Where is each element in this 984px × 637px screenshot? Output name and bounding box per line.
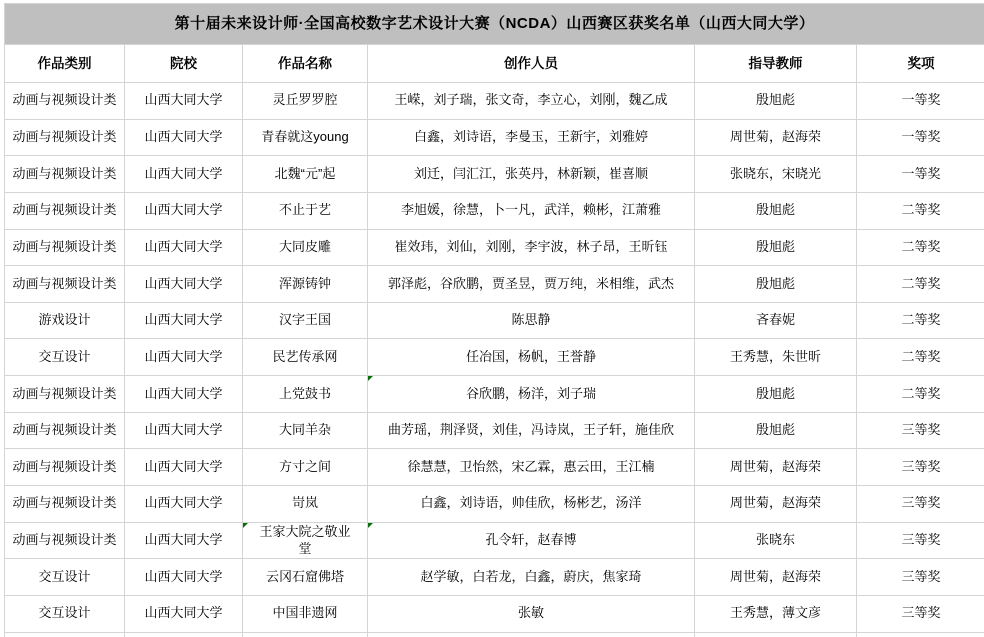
cell-creators[interactable]: 白鑫，刘诗语，帅佳欣，杨彬艺，汤洋 bbox=[368, 486, 695, 523]
cell-work[interactable]: 方寸之间 bbox=[243, 449, 368, 486]
cell-note-indicator bbox=[243, 523, 248, 528]
cell-advisors[interactable]: 殷旭彪 bbox=[695, 230, 857, 267]
cell-creators[interactable]: 王嵘，刘子瑞，张文奇，李立心，刘刚，魏乙成 bbox=[368, 83, 695, 120]
cell-category[interactable]: 游戏设计 bbox=[5, 303, 125, 340]
cell-category[interactable]: 动画与视频设计类 bbox=[5, 120, 125, 157]
cell-work[interactable]: 上党鼓书 bbox=[243, 376, 368, 413]
cell-advisors[interactable]: 张晓东 bbox=[695, 523, 857, 560]
column-header-award[interactable]: 奖项 bbox=[857, 45, 984, 83]
cell-award[interactable]: 三等奖 bbox=[857, 413, 984, 450]
cell-note-indicator bbox=[368, 376, 373, 381]
cell-work[interactable]: 大同皮雕 bbox=[243, 230, 368, 267]
cell-award[interactable]: 三等奖 bbox=[857, 523, 984, 560]
cell-award[interactable]: 二等奖 bbox=[857, 193, 984, 230]
cell-creators[interactable]: 曲芳瑶，荆泽贤，刘佳，冯诗岚，王子轩，施佳欣 bbox=[368, 413, 695, 450]
cell-category[interactable]: 动画与视频设计类 bbox=[5, 413, 125, 450]
cell-school[interactable]: 山西大同大学 bbox=[125, 523, 243, 560]
partial-row-spacer bbox=[125, 633, 243, 637]
cell-award[interactable]: 一等奖 bbox=[857, 120, 984, 157]
cell-work[interactable]: 不止于艺 bbox=[243, 193, 368, 230]
cell-work[interactable]: 汉字王国 bbox=[243, 303, 368, 340]
cell-work[interactable]: 青春就这young bbox=[243, 120, 368, 157]
cell-creators[interactable]: 谷欣鹏，杨洋，刘子瑞 bbox=[368, 376, 695, 413]
cell-work[interactable]: 灵丘罗罗腔 bbox=[243, 83, 368, 120]
cell-advisors[interactable]: 周世菊，赵海荣 bbox=[695, 559, 857, 596]
cell-school[interactable]: 山西大同大学 bbox=[125, 376, 243, 413]
cell-category[interactable]: 动画与视频设计类 bbox=[5, 449, 125, 486]
cell-school[interactable]: 山西大同大学 bbox=[125, 339, 243, 376]
cell-work[interactable]: 云冈石窟佛塔 bbox=[243, 559, 368, 596]
cell-school[interactable]: 山西大同大学 bbox=[125, 413, 243, 450]
cell-creators[interactable]: 刘迁，闫汇江，张英丹，林新颖，崔喜顺 bbox=[368, 156, 695, 193]
partial-row-spacer bbox=[5, 633, 125, 637]
cell-award[interactable]: 二等奖 bbox=[857, 266, 984, 303]
cell-school[interactable]: 山西大同大学 bbox=[125, 559, 243, 596]
cell-work[interactable]: 大同羊杂 bbox=[243, 413, 368, 450]
award-table: 第十届未来设计师·全国高校数字艺术设计大赛（NCDA）山西赛区获奖名单（山西大同… bbox=[4, 3, 984, 637]
cell-award[interactable]: 二等奖 bbox=[857, 230, 984, 267]
cell-award[interactable]: 二等奖 bbox=[857, 339, 984, 376]
cell-category[interactable]: 动画与视频设计类 bbox=[5, 376, 125, 413]
cell-advisors[interactable]: 张晓东，宋晓光 bbox=[695, 156, 857, 193]
cell-category[interactable]: 动画与视频设计类 bbox=[5, 193, 125, 230]
cell-advisors[interactable]: 王秀慧，朱世昕 bbox=[695, 339, 857, 376]
cell-school[interactable]: 山西大同大学 bbox=[125, 83, 243, 120]
cell-advisors[interactable]: 殷旭彪 bbox=[695, 413, 857, 450]
column-header-advisors[interactable]: 指导教师 bbox=[695, 45, 857, 83]
spreadsheet: 第十届未来设计师·全国高校数字艺术设计大赛（NCDA）山西赛区获奖名单（山西大同… bbox=[0, 0, 984, 637]
column-header-category[interactable]: 作品类别 bbox=[5, 45, 125, 83]
cell-advisors[interactable]: 殷旭彪 bbox=[695, 266, 857, 303]
cell-school[interactable]: 山西大同大学 bbox=[125, 596, 243, 633]
partial-row-spacer bbox=[695, 633, 857, 637]
cell-creators[interactable]: 陈思静 bbox=[368, 303, 695, 340]
cell-award[interactable]: 二等奖 bbox=[857, 303, 984, 340]
cell-creators[interactable]: 徐慧慧，卫怡然，宋乙霖，惠云田，王江楠 bbox=[368, 449, 695, 486]
column-header-work[interactable]: 作品名称 bbox=[243, 45, 368, 83]
cell-creators[interactable]: 李旭媛，徐慧，卜一凡，武洋，赖彬，江萧雅 bbox=[368, 193, 695, 230]
partial-row-spacer bbox=[857, 633, 984, 637]
cell-award[interactable]: 一等奖 bbox=[857, 156, 984, 193]
cell-award[interactable]: 三等奖 bbox=[857, 559, 984, 596]
cell-award[interactable]: 三等奖 bbox=[857, 596, 984, 633]
cell-advisors[interactable]: 殷旭彪 bbox=[695, 193, 857, 230]
partial-row-spacer bbox=[243, 633, 368, 637]
cell-school[interactable]: 山西大同大学 bbox=[125, 120, 243, 157]
cell-category[interactable]: 动画与视频设计类 bbox=[5, 523, 125, 560]
partial-row-spacer bbox=[368, 633, 695, 637]
column-header-school[interactable]: 院校 bbox=[125, 45, 243, 83]
column-header-creators[interactable]: 创作人员 bbox=[368, 45, 695, 83]
cell-work[interactable]: 王家大院之敬业堂 bbox=[243, 523, 368, 560]
cell-advisors[interactable]: 殷旭彪 bbox=[695, 376, 857, 413]
cell-creators[interactable]: 张敏 bbox=[368, 596, 695, 633]
cell-work[interactable]: 民艺传承网 bbox=[243, 339, 368, 376]
cell-work[interactable]: 岢岚 bbox=[243, 486, 368, 523]
cell-school[interactable]: 山西大同大学 bbox=[125, 230, 243, 267]
cell-category[interactable]: 交互设计 bbox=[5, 339, 125, 376]
cell-school[interactable]: 山西大同大学 bbox=[125, 486, 243, 523]
cell-school[interactable]: 山西大同大学 bbox=[125, 303, 243, 340]
cell-creators[interactable]: 孔令轩，赵春博 bbox=[368, 523, 695, 560]
cell-category[interactable]: 动画与视频设计类 bbox=[5, 156, 125, 193]
cell-award[interactable]: 一等奖 bbox=[857, 83, 984, 120]
cell-advisors[interactable]: 周世菊，赵海荣 bbox=[695, 120, 857, 157]
cell-creators[interactable]: 白鑫，刘诗语，李曼玉，王新宇，刘雅婷 bbox=[368, 120, 695, 157]
cell-creators[interactable]: 崔效玮，刘仙，刘刚，李宇波，林子昂，王昕钰 bbox=[368, 230, 695, 267]
cell-advisors[interactable]: 吝春妮 bbox=[695, 303, 857, 340]
cell-category[interactable]: 动画与视频设计类 bbox=[5, 83, 125, 120]
table-title[interactable]: 第十届未来设计师·全国高校数字艺术设计大赛（NCDA）山西赛区获奖名单（山西大同… bbox=[5, 4, 984, 45]
cell-award[interactable]: 三等奖 bbox=[857, 449, 984, 486]
cell-award[interactable]: 三等奖 bbox=[857, 486, 984, 523]
cell-creators[interactable]: 赵学敏，白若龙，白鑫，蔚庆，焦家琦 bbox=[368, 559, 695, 596]
cell-creators[interactable]: 任冶国，杨帆，王誉静 bbox=[368, 339, 695, 376]
cell-creators[interactable]: 郭泽彪，谷欣鹏，贾圣昱，贾万纯，米相维，武杰 bbox=[368, 266, 695, 303]
cell-note-indicator bbox=[368, 523, 373, 528]
cell-school[interactable]: 山西大同大学 bbox=[125, 156, 243, 193]
cell-advisors[interactable]: 殷旭彪 bbox=[695, 83, 857, 120]
cell-category[interactable]: 动画与视频设计类 bbox=[5, 486, 125, 523]
cell-advisors[interactable]: 王秀慧，薄文彦 bbox=[695, 596, 857, 633]
cell-work[interactable]: 中国非遗网 bbox=[243, 596, 368, 633]
cell-work[interactable]: 浑源铸钟 bbox=[243, 266, 368, 303]
cell-category[interactable]: 交互设计 bbox=[5, 559, 125, 596]
cell-award[interactable]: 二等奖 bbox=[857, 376, 984, 413]
cell-school[interactable]: 山西大同大学 bbox=[125, 193, 243, 230]
cell-category[interactable]: 动画与视频设计类 bbox=[5, 230, 125, 267]
cell-school[interactable]: 山西大同大学 bbox=[125, 266, 243, 303]
cell-work[interactable]: 北魏“元”起 bbox=[243, 156, 368, 193]
cell-advisors[interactable]: 周世菊，赵海荣 bbox=[695, 449, 857, 486]
cell-school[interactable]: 山西大同大学 bbox=[125, 449, 243, 486]
cell-category[interactable]: 动画与视频设计类 bbox=[5, 266, 125, 303]
cell-category[interactable]: 交互设计 bbox=[5, 596, 125, 633]
cell-advisors[interactable]: 周世菊，赵海荣 bbox=[695, 486, 857, 523]
